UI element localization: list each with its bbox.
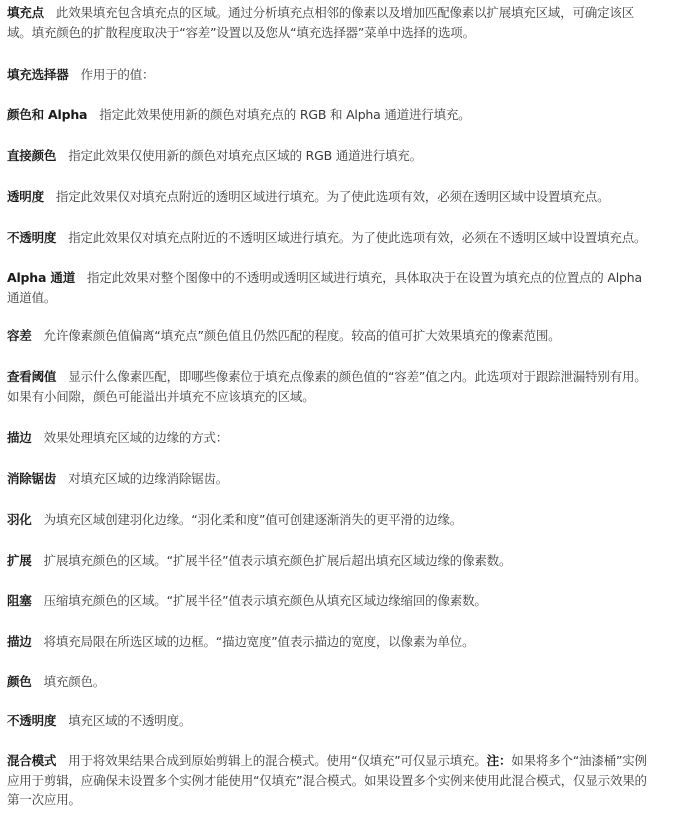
term-label: 透明度	[7, 189, 44, 204]
term-label: 直接颜色	[7, 148, 56, 163]
term-label: 不透明度	[7, 230, 56, 245]
paragraph-straight-color: 直接颜色指定此效果仅使用新的颜色对填充点区域的 RGB 通道进行填充。	[7, 146, 649, 166]
paragraph-color-and-alpha: 颜色和 Alpha指定此效果使用新的颜色对填充点的 RGB 和 Alpha 通道…	[7, 105, 649, 125]
term-description: 用于将效果结果合成到原始剪辑上的混合模式。使用“仅填充”可仅显示填充。	[68, 753, 486, 768]
term-label: 描边	[7, 634, 32, 649]
paragraph-opacity: 不透明度指定此效果仅对填充点附近的不透明区域进行填充。为了使此选项有效，必须在不…	[7, 228, 649, 248]
term-label: 填充点	[7, 5, 44, 20]
term-label: 填充选择器	[7, 67, 69, 82]
term-label: 扩展	[7, 553, 32, 568]
paragraph-spread: 扩展扩展填充颜色的区域。“扩展半径”值表示填充颜色扩展后超出填充区域边缘的像素数…	[7, 551, 649, 571]
term-description: 作用于的值：	[81, 67, 155, 82]
paragraph-choke: 阻塞压缩填充颜色的区域。“扩展半径”值表示填充颜色从填充区域边缘缩回的像素数。	[7, 591, 649, 611]
term-description: 对填充区域的边缘消除锯齿。	[68, 471, 228, 486]
term-description: 将填充局限在所选区域的边框。“描边宽度”值表示描边的宽度，以像素为单位。	[44, 634, 475, 649]
term-description: 指定此效果使用新的颜色对填充点的 RGB 和 Alpha 通道进行填充。	[99, 107, 470, 122]
note-label: 注：	[487, 753, 512, 768]
term-description: 此效果填充包含填充点的区域。通过分析填充点相邻的像素以及增加匹配像素以扩展填充区…	[7, 5, 634, 40]
paragraph-stroke: 描边将填充局限在所选区域的边框。“描边宽度”值表示描边的宽度，以像素为单位。	[7, 632, 649, 652]
term-description: 填充颜色。	[44, 674, 106, 689]
paragraph-fill-opacity: 不透明度填充区域的不透明度。	[7, 711, 649, 731]
term-label: 羽化	[7, 512, 32, 527]
term-description: 扩展填充颜色的区域。“扩展半径”值表示填充颜色扩展后超出填充区域边缘的像素数。	[44, 553, 512, 568]
term-label: 阻塞	[7, 593, 32, 608]
term-description: 指定此效果仅使用新的颜色对填充点区域的 RGB 通道进行填充。	[68, 148, 422, 163]
term-label: 不透明度	[7, 713, 56, 728]
paragraph-stroke-heading: 描边效果处理填充区域的边缘的方式：	[7, 428, 649, 448]
paragraph-alpha-channel: Alpha 通道指定此效果对整个图像中的不透明或透明区域进行填充，具体取决于在设…	[7, 268, 649, 307]
term-description: 效果处理填充区域的边缘的方式：	[44, 430, 229, 445]
paragraph-color: 颜色填充颜色。	[7, 672, 649, 692]
term-description: 为填充区域创建羽化边缘。“羽化柔和度”值可创建逐渐消失的更平滑的边缘。	[44, 512, 462, 527]
paragraph-antialias: 消除锯齿对填充区域的边缘消除锯齿。	[7, 469, 649, 489]
paragraph-view-threshold: 查看阈值显示什么像素匹配，即哪些像素位于填充点像素的颜色值的“容差”值之内。此选…	[7, 367, 649, 406]
term-description: 显示什么像素匹配，即哪些像素位于填充点像素的颜色值的“容差”值之内。此选项对于跟…	[7, 369, 647, 404]
term-label: 颜色	[7, 674, 32, 689]
paragraph-feather: 羽化为填充区域创建羽化边缘。“羽化柔和度”值可创建逐渐消失的更平滑的边缘。	[7, 510, 649, 530]
term-label: 描边	[7, 430, 32, 445]
term-label: 混合模式	[7, 753, 56, 768]
term-description: 填充区域的不透明度。	[68, 713, 191, 728]
paragraph-fill-point: 填充点此效果填充包含填充点的区域。通过分析填充点相邻的像素以及增加匹配像素以扩展…	[7, 3, 649, 42]
term-description: 压缩填充颜色的区域。“扩展半径”值表示填充颜色从填充区域边缘缩回的像素数。	[44, 593, 487, 608]
term-label: 颜色和 Alpha	[7, 107, 87, 122]
paragraph-blending-mode: 混合模式用于将效果结果合成到原始剪辑上的混合模式。使用“仅填充”可仅显示填充。注…	[7, 751, 649, 810]
term-description: 指定此效果仅对填充点附近的透明区域进行填充。为了使此选项有效，必须在透明区域中设…	[56, 189, 610, 204]
term-description: 指定此效果仅对填充点附近的不透明区域进行填充。为了使此选项有效，必须在不透明区域…	[68, 230, 646, 245]
term-label: 容差	[7, 328, 32, 343]
term-label: 查看阈值	[7, 369, 56, 384]
term-description: 允许像素颜色值偏离“填充点”颜色值且仍然匹配的程度。较高的值可扩大效果填充的像素…	[44, 328, 561, 343]
paragraph-tolerance: 容差允许像素颜色值偏离“填充点”颜色值且仍然匹配的程度。较高的值可扩大效果填充的…	[7, 326, 649, 346]
paragraph-fill-selector: 填充选择器作用于的值：	[7, 65, 649, 85]
term-label: 消除锯齿	[7, 471, 56, 486]
paragraph-transparency: 透明度指定此效果仅对填充点附近的透明区域进行填充。为了使此选项有效，必须在透明区…	[7, 187, 649, 207]
term-description: 指定此效果对整个图像中的不透明或透明区域进行填充，具体取决于在设置为填充点的位置…	[7, 270, 642, 305]
term-label: Alpha 通道	[7, 270, 75, 285]
